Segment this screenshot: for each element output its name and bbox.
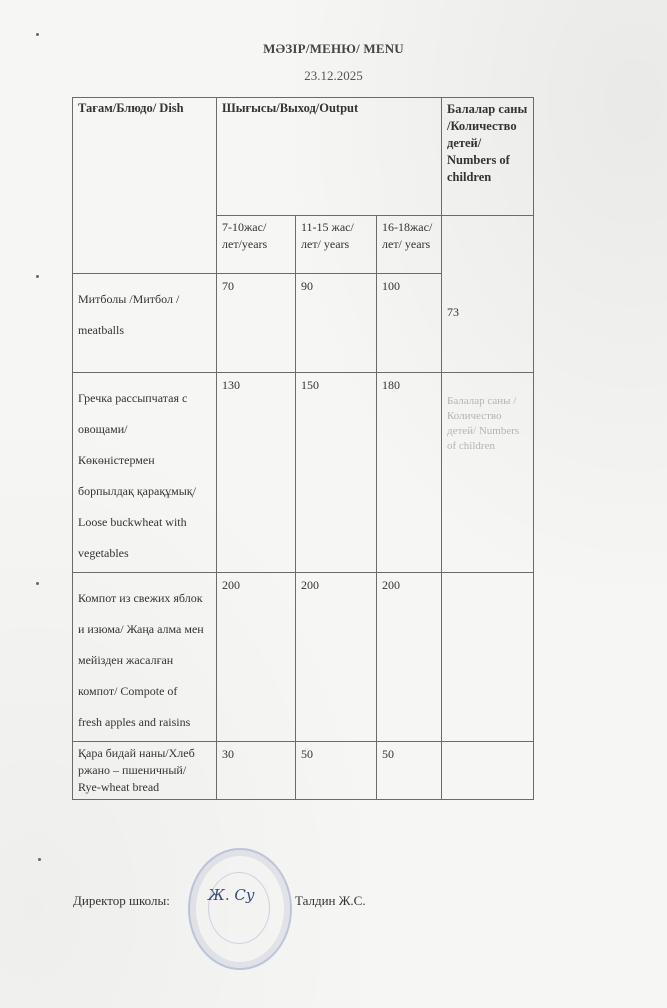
table-row: Гречка рассыпчатая с овощами/ Көкөністер… xyxy=(73,373,534,573)
director-label: Директор школы: xyxy=(73,893,170,909)
bleed-through-text: Балалар саны /Количество детей/ Numbers … xyxy=(447,394,528,454)
dish-line: ржано – пшеничный/ xyxy=(78,762,211,779)
punch-mark xyxy=(36,275,39,278)
dish-name: Гречка рассыпчатая с овощами/ Көкөністер… xyxy=(73,373,217,573)
value-11-15: 50 xyxy=(296,742,377,800)
stamp-emblem xyxy=(208,872,270,944)
dish-line: компот/ Compote of xyxy=(78,676,211,707)
dish-line: Митболы /Митбол / xyxy=(78,284,211,315)
director-name: Талдин Ж.С. xyxy=(295,893,366,909)
header-age-16-18: 16-18жас/лет/ years xyxy=(377,216,442,274)
punch-mark xyxy=(38,858,41,861)
school-stamp xyxy=(188,848,292,970)
director-signature: Ж. Су xyxy=(208,886,255,904)
menu-table: Тағам/Блюдо/ Dish Шығысы/Выход/Output Ба… xyxy=(72,97,534,800)
document-title: МӘЗІР/МЕНЮ/ MENU xyxy=(0,41,667,57)
dish-line: meatballs xyxy=(78,315,211,346)
header-age-11-15: 11-15 жас/лет/ years xyxy=(296,216,377,274)
dish-line: Гречка рассыпчатая с xyxy=(78,383,211,414)
dish-line: борпылдақ қарақұмық/ xyxy=(78,476,211,507)
dish-name: Компот из свежих яблок и изюма/ Жаңа алм… xyxy=(73,573,217,742)
table-row: Компот из свежих яблок и изюма/ Жаңа алм… xyxy=(73,573,534,742)
dish-line: мейізден жасалған xyxy=(78,645,211,676)
dish-line: Қара бидай наны/Хлеб xyxy=(78,745,211,762)
dish-line: fresh apples and raisins xyxy=(78,707,211,738)
dish-line: vegetables xyxy=(78,538,211,569)
value-11-15: 90 xyxy=(296,274,377,373)
document-date: 23.12.2025 xyxy=(0,68,667,84)
dish-line: и изюма/ Жаңа алма мен xyxy=(78,614,211,645)
dish-line: Loose buckwheat with xyxy=(78,507,211,538)
dish-line: Компот из свежих яблок xyxy=(78,583,211,614)
children-cell-empty: Балалар саны /Количество детей/ Numbers … xyxy=(442,373,534,573)
header-output: Шығысы/Выход/Output xyxy=(217,98,442,216)
header-children: Балалар саны /Количество детей/ Numbers … xyxy=(442,98,534,216)
value-7-10: 130 xyxy=(217,373,296,573)
children-count-cell: 73 xyxy=(442,216,534,373)
children-cell-empty xyxy=(442,573,534,742)
table-row: Қара бидай наны/Хлеб ржано – пшеничный/ … xyxy=(73,742,534,800)
value-7-10: 70 xyxy=(217,274,296,373)
value-11-15: 200 xyxy=(296,573,377,742)
header-dish: Тағам/Блюдо/ Dish xyxy=(73,98,217,274)
value-16-18: 100 xyxy=(377,274,442,373)
dish-line: овощами/ xyxy=(78,414,211,445)
punch-mark xyxy=(36,33,39,36)
dish-line: Көкөністермен xyxy=(78,445,211,476)
punch-mark xyxy=(36,582,39,585)
children-cell-empty xyxy=(442,742,534,800)
dish-name: Митболы /Митбол / meatballs xyxy=(73,274,217,373)
dish-line: Rye-wheat bread xyxy=(78,779,211,796)
dish-name: Қара бидай наны/Хлеб ржано – пшеничный/ … xyxy=(73,742,217,800)
children-count: 73 xyxy=(447,305,459,319)
value-7-10: 30 xyxy=(217,742,296,800)
value-16-18: 50 xyxy=(377,742,442,800)
value-11-15: 150 xyxy=(296,373,377,573)
value-16-18: 200 xyxy=(377,573,442,742)
header-age-7-10: 7-10жас/лет/years xyxy=(217,216,296,274)
value-16-18: 180 xyxy=(377,373,442,573)
value-7-10: 200 xyxy=(217,573,296,742)
